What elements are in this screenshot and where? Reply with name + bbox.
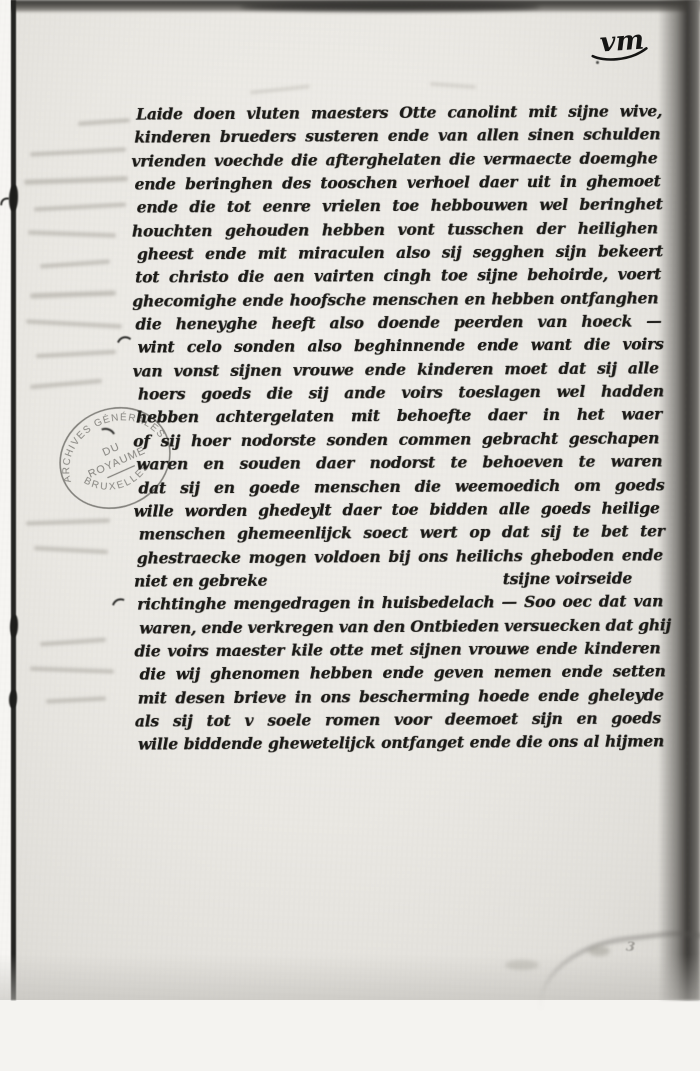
manuscript-line: die wij ghenomen hebben ende geven nemen… bbox=[139, 660, 665, 687]
ink-blot bbox=[10, 615, 18, 637]
manuscript-line: houchten gehouden hebben vont tusschen d… bbox=[132, 216, 658, 243]
manuscript-line: die voirs maester kile otte met sijnen v… bbox=[134, 636, 660, 663]
manuscript-line: gheest ende mit miraculen also sij seggh… bbox=[137, 239, 663, 266]
manuscript-line: ghestraecke mogen voldoen bij ons heilic… bbox=[137, 543, 663, 570]
bleed-through-mark bbox=[30, 379, 102, 389]
ink-stroke bbox=[108, 595, 136, 625]
manuscript-line: die heneyghe heeft also doende peerden v… bbox=[135, 309, 661, 336]
manuscript-line: Laide doen vluten maesters Otte canolint… bbox=[136, 99, 662, 126]
manuscript-line: van vonst sijnen vrouwe ende kinderen mo… bbox=[133, 356, 659, 383]
bleed-through-mark bbox=[40, 260, 110, 269]
manuscript-line: kinderen brueders susteren ende van alle… bbox=[134, 123, 660, 150]
bleed-through-mark bbox=[430, 82, 476, 88]
manuscript-photo: vm ARCHIVES GÉNÉRALES DU ROYAUME BRUXELL… bbox=[0, 0, 700, 1000]
manuscript-line: richtinghe mengedragen in huisbedelach —… bbox=[137, 590, 663, 617]
smudge bbox=[588, 946, 610, 956]
manuscript-line: waren en souden daer nodorst te behoeven… bbox=[136, 450, 662, 477]
manuscript-line: wint celo sonden also beghinnende ende w… bbox=[137, 333, 663, 360]
page-right-edge-shadow bbox=[658, 0, 700, 1000]
manuscript-line: ende die tot eenre vrielen toe hebbouwen… bbox=[137, 193, 663, 220]
ink-dot bbox=[596, 61, 599, 64]
bleed-through-mark bbox=[250, 85, 310, 94]
bleed-through-mark bbox=[36, 350, 116, 358]
manuscript-text-block: Laide doen vluten maesters Otte canolint… bbox=[134, 99, 664, 756]
manuscript-line: mit desen brieve in ons bescherming hoed… bbox=[138, 683, 664, 710]
bleed-through-mark bbox=[46, 696, 106, 703]
manuscript-line: hoers goeds die sij ande voirs toeslagen… bbox=[138, 380, 664, 407]
manuscript-line-left: niet en gebreke bbox=[134, 569, 267, 593]
manuscript-line: hebben achtergelaten mit behoefte daer i… bbox=[136, 403, 662, 430]
smudge bbox=[505, 960, 539, 970]
bleed-through-mark bbox=[26, 319, 122, 328]
corner-mark: 3 bbox=[625, 940, 636, 956]
manuscript-line: of sij hoer nodorste sonden commen gebra… bbox=[133, 426, 659, 453]
manuscript-line: als sij tot v soele romen voor deemoet s… bbox=[135, 706, 661, 733]
bleed-through-mark bbox=[78, 118, 130, 126]
bleed-through-mark bbox=[30, 667, 114, 674]
manuscript-line: ghecomighe ende hoofsche menschen en heb… bbox=[132, 286, 658, 313]
binding-edge-line bbox=[11, 0, 16, 1000]
bleed-through-mark bbox=[40, 638, 106, 647]
manuscript-line: tot christo die aen vairten cingh toe si… bbox=[135, 263, 661, 290]
manuscript-line: waren, ende verkregen van den Ontbieden … bbox=[139, 613, 665, 640]
photo-left-margin bbox=[0, 0, 11, 1000]
bleed-through-mark bbox=[30, 291, 116, 299]
manuscript-line-with-right-note: niet en gebreke tsijne voirseide bbox=[134, 566, 660, 593]
bleed-through-mark bbox=[34, 203, 126, 212]
manuscript-line-right-note: tsijne voirseide bbox=[503, 566, 660, 590]
page-top-edge-smudge bbox=[240, 2, 540, 11]
manuscript-line: vrienden voechde die afterghelaten die v… bbox=[131, 146, 657, 173]
bleed-through-mark bbox=[30, 147, 126, 156]
manuscript-line: wille biddende ghewetelijck ontfanget en… bbox=[138, 730, 664, 757]
folio-mark-text: vm bbox=[599, 25, 645, 59]
manuscript-line: wille worden ghedeylt daer toe bidden al… bbox=[133, 496, 659, 523]
bleed-through-mark bbox=[24, 176, 128, 185]
manuscript-line: ende beringhen des tooschen verhoel daer… bbox=[134, 169, 660, 196]
bleed-through-mark bbox=[28, 230, 116, 237]
manuscript-line: dat sij en goede menschen die weemoedich… bbox=[138, 473, 664, 500]
bleed-through-mark bbox=[34, 546, 108, 554]
manuscript-line: menschen ghemeenlijck soect wert op dat … bbox=[139, 520, 665, 547]
